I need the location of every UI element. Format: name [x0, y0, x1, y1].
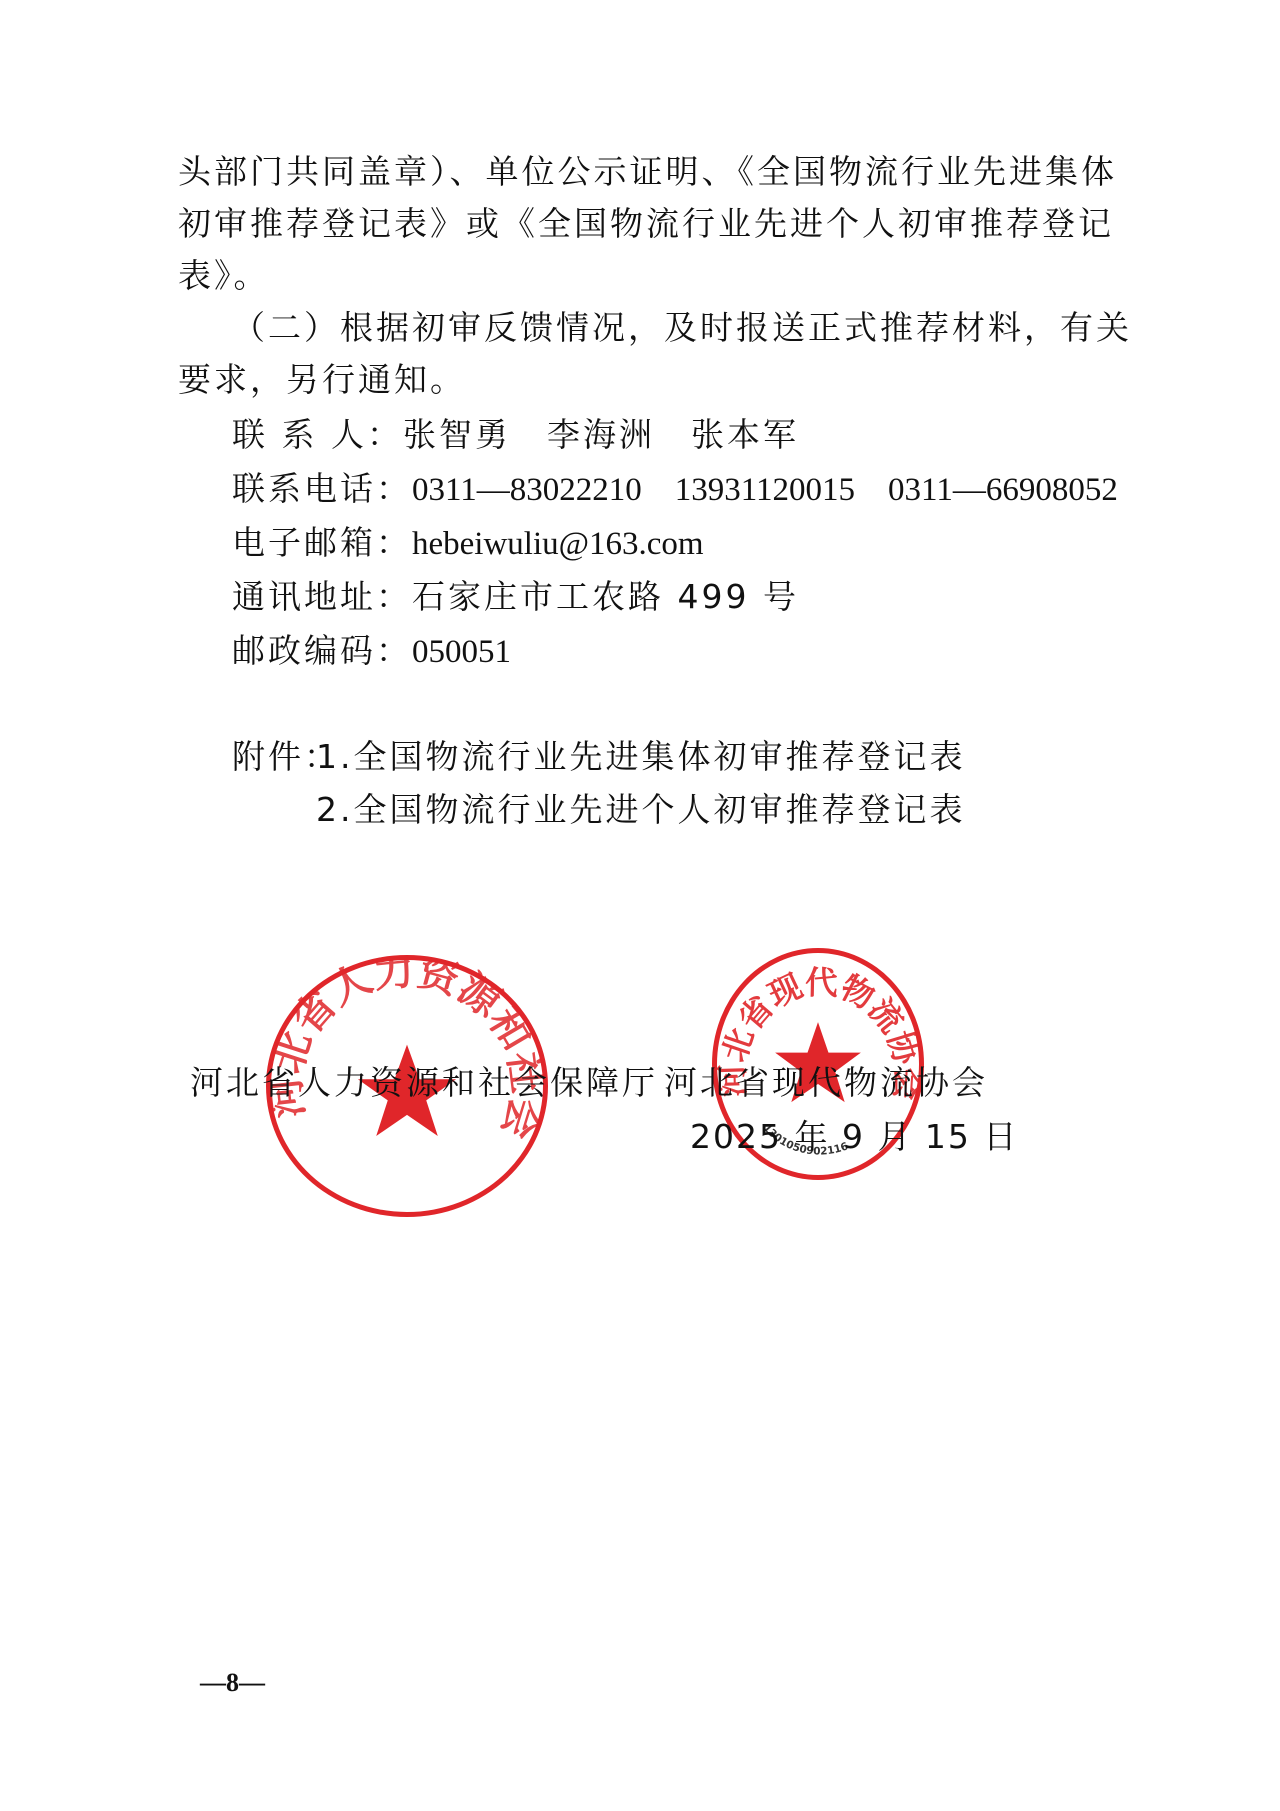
contact-phone-row: 联系电话：0311—83022210 13931120015 0311—6690…	[232, 469, 1118, 510]
contact-postcode-value: 050051	[412, 634, 511, 670]
paragraph-2-line-1: （二）根据初审反馈情况，及时报送正式推荐材料，有关	[232, 308, 1058, 348]
contact-email-label: 电子邮箱：	[232, 523, 412, 562]
contact-phone-label: 联系电话：	[232, 469, 412, 508]
paragraph-1-line-3: 表》。	[178, 256, 270, 296]
page-number: —8—	[200, 1668, 265, 1698]
paragraph-1-line-2: 初审推荐登记表》或《全国物流行业先进个人初审推荐登记	[178, 204, 1058, 244]
contact-address-value: 石家庄市工农路 499 号	[412, 577, 799, 616]
contact-person-value: 张智勇 李海洲 张本军	[403, 415, 799, 454]
signature-right-org: 河北省现代物流协会	[664, 1057, 988, 1104]
signature-date: 2025 年 9 月 15 日	[690, 1111, 1018, 1158]
contact-postcode-row: 邮政编码：050051	[232, 631, 511, 672]
paragraph-1-line-1: 头部门共同盖章）、单位公示证明、《全国物流行业先进集体	[178, 152, 1058, 192]
contact-phone-value: 0311—83022210 13931120015 0311—66908052	[412, 472, 1118, 508]
contact-postcode-label: 邮政编码：	[232, 631, 412, 670]
contact-email-value[interactable]: hebeiwuliu@163.com	[412, 526, 704, 562]
attachment-item-1: 1.全国物流行业先进集体初审推荐登记表	[316, 737, 966, 777]
contact-person-row: 联 系 人：张智勇 李海洲 张本军	[232, 415, 799, 455]
contact-address-label: 通讯地址：	[232, 577, 412, 616]
paragraph-2-line-2: 要求，另行通知。	[178, 360, 466, 400]
contact-email-row: 电子邮箱：hebeiwuliu@163.com	[232, 523, 704, 564]
contact-address-row: 通讯地址：石家庄市工农路 499 号	[232, 577, 799, 617]
attachment-item-2: 2.全国物流行业先进个人初审推荐登记表	[316, 790, 966, 830]
signature-left-org: 河北省人力资源和社会保障厅	[190, 1057, 658, 1104]
document-page: 头部门共同盖章）、单位公示证明、《全国物流行业先进集体 初审推荐登记表》或《全国…	[0, 0, 1280, 1811]
contact-person-label: 联 系 人：	[232, 415, 403, 454]
